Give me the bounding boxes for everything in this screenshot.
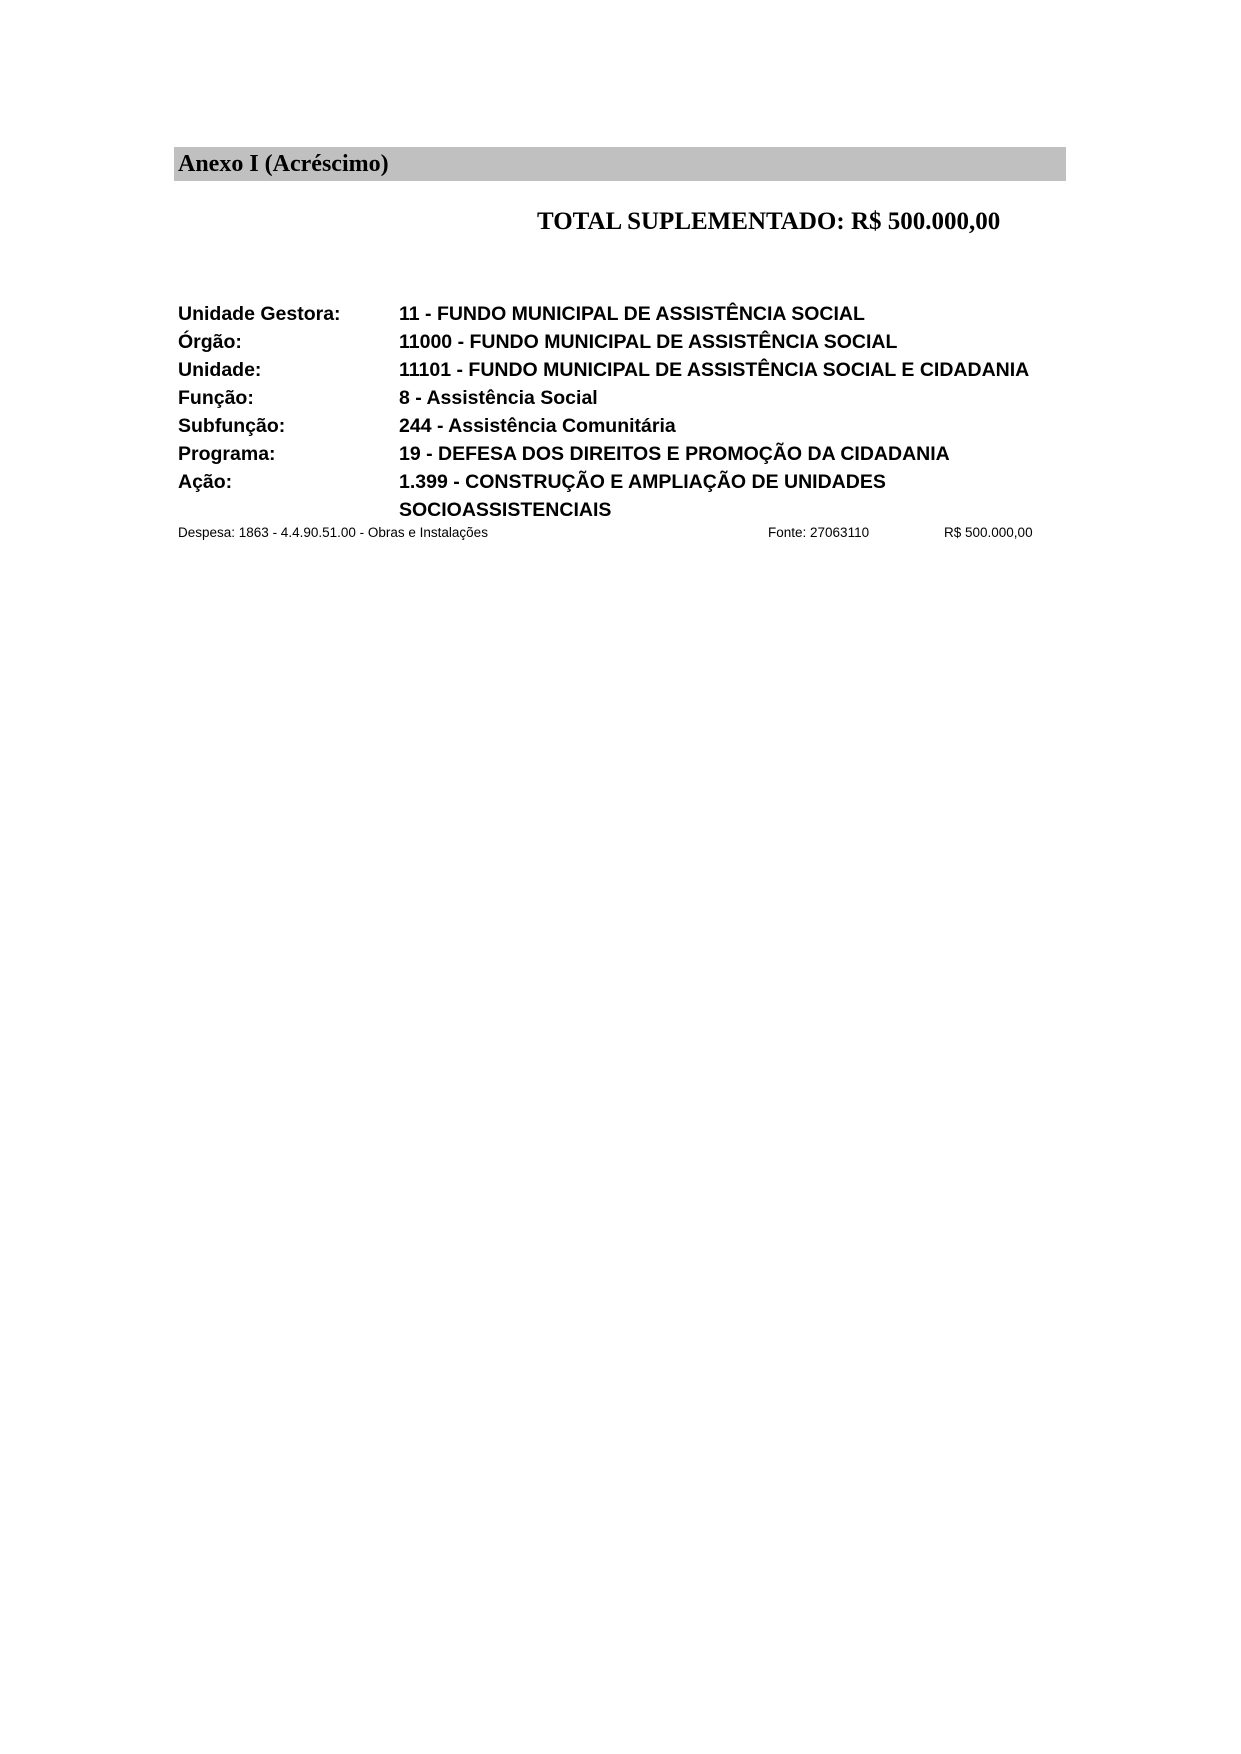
info-label: Subfunção: — [178, 412, 399, 440]
info-value: 11000 - FUNDO MUNICIPAL DE ASSISTÊNCIA S… — [399, 328, 1049, 356]
info-value: 11101 - FUNDO MUNICIPAL DE ASSISTÊNCIA S… — [399, 356, 1049, 384]
total-supplemented: TOTAL SUPLEMENTADO: R$ 500.000,00 — [537, 206, 1000, 238]
annex-header-bar: Anexo I (Acréscimo) — [174, 147, 1066, 181]
info-value: 1.399 - CONSTRUÇÃO E AMPLIAÇÃO DE UNIDAD… — [399, 468, 1049, 524]
info-label: Programa: — [178, 440, 399, 468]
info-row-orgao: Órgão: 11000 - FUNDO MUNICIPAL DE ASSIST… — [178, 328, 1049, 356]
info-row-programa: Programa: 19 - DEFESA DOS DIREITOS E PRO… — [178, 440, 1049, 468]
budget-info-table: Unidade Gestora: 11 - FUNDO MUNICIPAL DE… — [178, 300, 1049, 524]
expense-source: Fonte: 27063110 — [768, 524, 869, 542]
info-row-unidade-gestora: Unidade Gestora: 11 - FUNDO MUNICIPAL DE… — [178, 300, 1049, 328]
info-value: 11 - FUNDO MUNICIPAL DE ASSISTÊNCIA SOCI… — [399, 300, 1049, 328]
info-label: Ação: — [178, 468, 399, 524]
info-row-unidade: Unidade: 11101 - FUNDO MUNICIPAL DE ASSI… — [178, 356, 1049, 384]
info-row-subfuncao: Subfunção: 244 - Assistência Comunitária — [178, 412, 1049, 440]
annex-title: Anexo I (Acréscimo) — [178, 148, 389, 180]
expense-description: Despesa: 1863 - 4.4.90.51.00 - Obras e I… — [178, 524, 488, 542]
expense-amount: R$ 500.000,00 — [944, 524, 1033, 542]
info-value: 8 - Assistência Social — [399, 384, 1049, 412]
info-value: 19 - DEFESA DOS DIREITOS E PROMOÇÃO DA C… — [399, 440, 1049, 468]
info-value: 244 - Assistência Comunitária — [399, 412, 1049, 440]
info-row-acao: Ação: 1.399 - CONSTRUÇÃO E AMPLIAÇÃO DE … — [178, 468, 1049, 524]
info-label: Unidade Gestora: — [178, 300, 399, 328]
info-label: Unidade: — [178, 356, 399, 384]
info-row-funcao: Função: 8 - Assistência Social — [178, 384, 1049, 412]
info-label: Função: — [178, 384, 399, 412]
info-label: Órgão: — [178, 328, 399, 356]
